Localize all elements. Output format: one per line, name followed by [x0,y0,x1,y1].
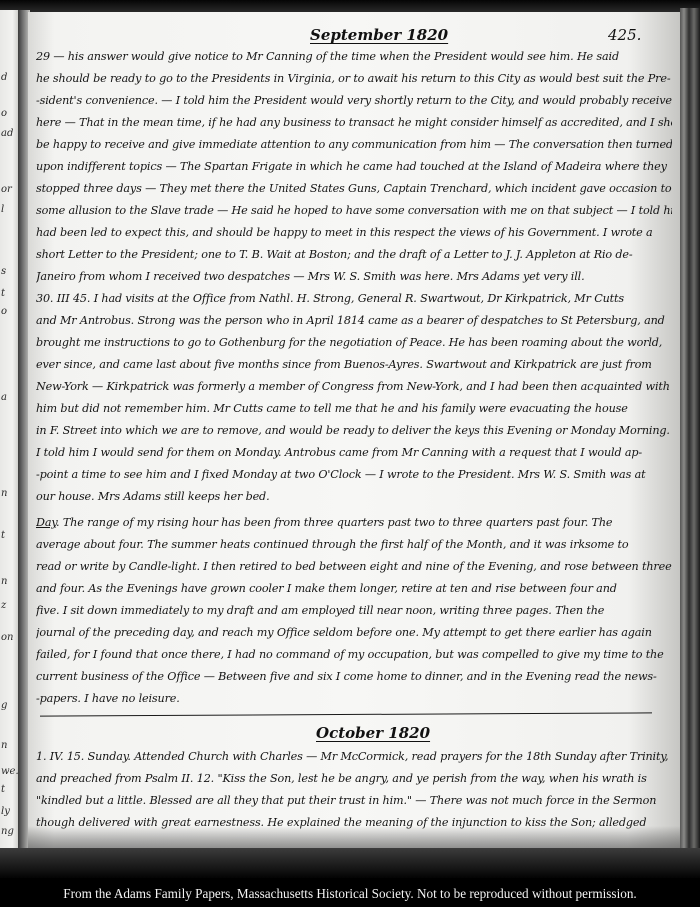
facing-page-fragment: ad [1,128,13,139]
text-line: here — That in the mean time, if he had … [36,112,672,134]
month-heading-september: September 1820 [310,26,448,44]
copyright-caption: From the Adams Family Papers, Massachuse… [0,886,700,902]
text-line: Janeiro from whom I received two despatc… [36,266,672,288]
facing-page-fragment: t [1,288,5,299]
text-line: read or write by Candle-light. I then re… [36,556,672,578]
text-line: had been led to expect this, and should … [36,222,672,244]
facing-page-fragment: l [1,204,4,215]
facing-page-fragment: d [1,72,7,83]
text-line: journal of the preceding day, and reach … [36,622,672,644]
facing-page-fragment: ly [1,806,10,817]
facing-page-fragment: s [1,266,6,277]
text-line: he should be ready to go to the Presiden… [36,68,672,90]
facing-page-fragment: we. [1,766,18,777]
text-line: some allusion to the Slave trade — He sa… [36,200,672,222]
text-line: five. I sit down immediately to my draft… [36,600,672,622]
text-line: 29 — his answer would give notice to Mr … [36,46,672,68]
text-line: brought me instructions to go to Gothenb… [36,332,672,354]
text-line: stopped three days — They met there the … [36,178,672,200]
facing-page-fragment: t [1,530,5,541]
text-line: 30. III 45. I had visits at the Office f… [36,288,672,310]
text-line: ever since, and came last about five mon… [36,354,672,376]
page-number: 425. [608,26,641,44]
text-line: Day. The range of my rising hour has bee… [36,512,672,534]
scan-top-edge [0,0,700,12]
facing-page-fragment: on [1,632,13,643]
text-line: current business of the Office — Between… [36,666,672,688]
text-line: and Mr Antrobus. Strong was the person w… [36,310,672,332]
facing-page-fragment: t [1,784,5,795]
text-line: and preached from Psalm II. 12. "Kiss th… [36,768,672,790]
text-line: be happy to receive and give immediate a… [36,134,672,156]
facing-page-fragment: n [1,488,7,499]
facing-page-fragment: ng [1,826,14,837]
text-line: -point a time to see him and I fixed Mon… [36,464,672,486]
facing-page-fragment: or [1,184,12,195]
facing-page-fragment: n [1,740,7,751]
text-line: and four. As the Evenings have grown coo… [36,578,672,600]
text-line: New-York — Kirkpatrick was formerly a me… [36,376,672,398]
text-line: 1. IV. 15. Sunday. Attended Church with … [36,746,672,768]
text-line: in F. Street into which we are to remove… [36,420,672,442]
scan-bottom-shadow [0,848,700,880]
text-line: though delivered with great earnestness.… [36,812,672,834]
text-line: -papers. I have no leisure. [36,688,672,710]
text-line: I told him I would send for them on Mond… [36,442,672,464]
right-page-edge [680,8,700,856]
facing-page-fragment: o [1,108,7,119]
text-line: our house. Mrs Adams still keeps her bed… [36,486,672,508]
text-line: average about four. The summer heats con… [36,534,672,556]
day-label: Day [36,516,56,529]
text-line: -sident's convenience. — I told him the … [36,90,672,112]
facing-page-fragment: a [1,392,7,403]
facing-page-edge: d o ad or l s t o a n t n z on g n we. t… [0,10,18,848]
text-line: short Letter to the President; one to T.… [36,244,672,266]
facing-page-fragment: g [1,700,7,711]
facing-page-fragment: z [1,600,6,611]
text-line: failed, for I found that once there, I h… [36,644,672,666]
text-line: him but did not remember him. Mr Cutts c… [36,398,672,420]
text-line: upon indifferent topics — The Spartan Fr… [36,156,672,178]
facing-page-fragment: o [1,306,7,317]
facing-page-fragment: n [1,576,7,587]
section-separator-rule [40,712,652,716]
manuscript-page: September 1820 425. 29 — his answer woul… [28,12,680,850]
text-line: "kindled but a little. Blessed are all t… [36,790,672,812]
month-heading-october: October 1820 [316,724,430,742]
